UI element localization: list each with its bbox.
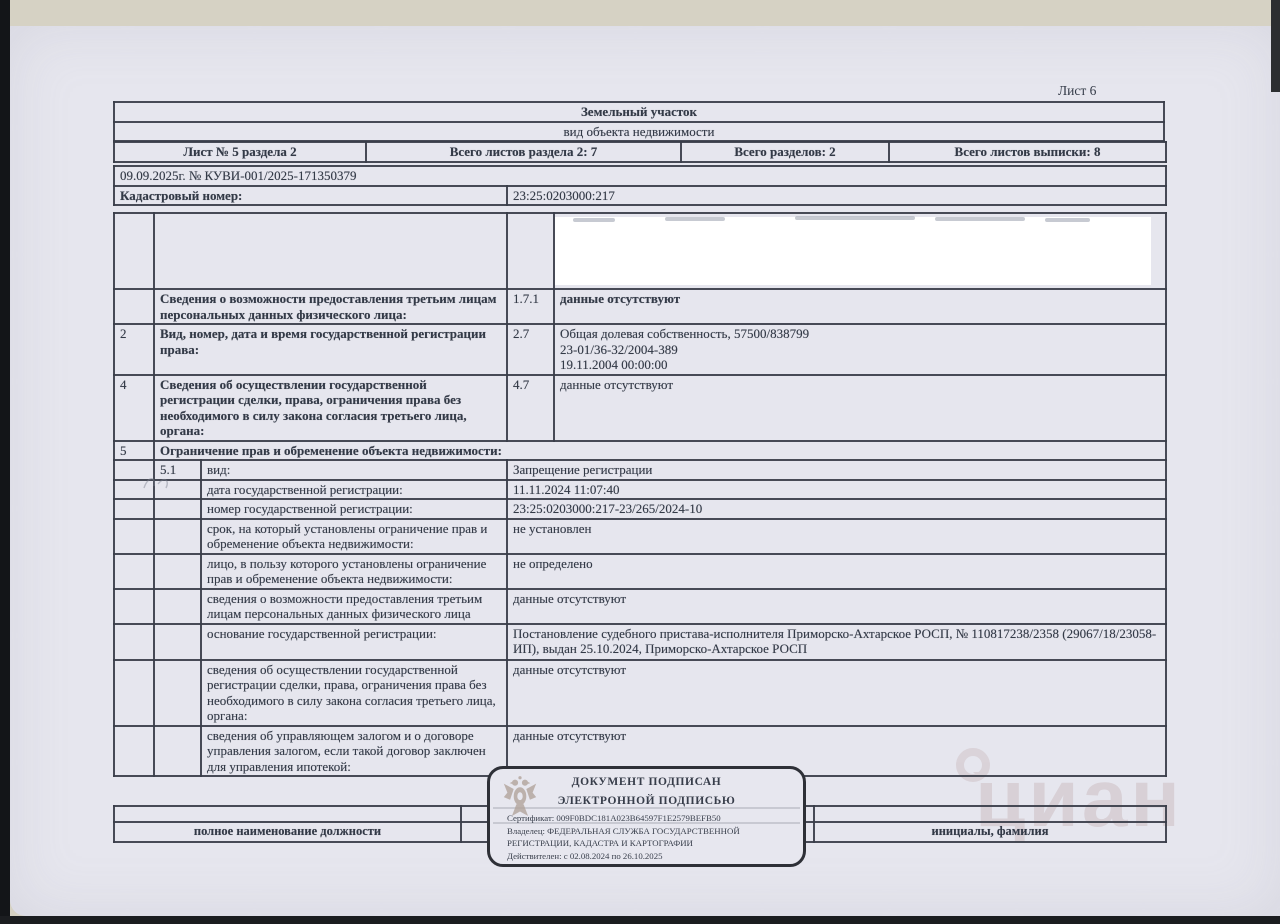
cell-label: основание государственной регистрации: — [201, 624, 507, 660]
cell-num: 5 — [114, 441, 154, 461]
cell-label: Вид, номер, дата и время государственной… — [154, 324, 507, 375]
cell-value: не определено — [507, 554, 1166, 589]
cadastral-number: 23:25:0203000:217 — [507, 186, 1166, 206]
cell-subnum — [154, 499, 201, 519]
table-row — [114, 213, 1166, 289]
meta-total-section-sheets: Всего листов раздела 2: 7 — [366, 142, 681, 162]
meta-total-sections: Всего разделов: 2 — [681, 142, 889, 162]
cell-num: 4 — [114, 375, 154, 441]
redacted-block — [555, 217, 1151, 285]
ghost-text — [1045, 218, 1090, 222]
cell-value: не установлен — [507, 519, 1166, 554]
table-row: основание государственной регистрации: П… — [114, 624, 1166, 660]
table-row: Сведения о возможности предоставления тр… — [114, 289, 1166, 324]
request-line: 09.09.2025г. № КУВИ-001/2025-171350379 — [114, 166, 1166, 186]
cell-value: 23:25:0203000:217-23/265/2024-10 — [507, 499, 1166, 519]
cell-subnum — [154, 519, 201, 554]
cell-label: сведения об управляющем залогом и о дого… — [201, 726, 507, 777]
table-row: номер государственной регистрации: 23:25… — [114, 499, 1166, 519]
stamp-owner-line1: Владелец: ФЕДЕРАЛЬНАЯ СЛУЖБА ГОСУДАРСТВЕ… — [507, 826, 797, 837]
table-row: 4 Сведения об осуществлении государствен… — [114, 375, 1166, 441]
cell-subnum — [154, 554, 201, 589]
cell-label: Сведения об осуществлении государственно… — [154, 375, 507, 441]
table-row: сведения об осуществлении государственно… — [114, 660, 1166, 726]
meta-sheet-of-section: Лист № 5 раздела 2 — [114, 142, 366, 162]
cell-num — [114, 499, 154, 519]
table-row: 5 Ограничение прав и обременение объекта… — [114, 441, 1166, 461]
cell-subnum — [154, 624, 201, 660]
pencil-scribble — [140, 468, 174, 498]
cell-label: Сведения о возможности предоставления тр… — [154, 289, 507, 324]
cell-label: лицо, в пользу которого установлены огра… — [201, 554, 507, 589]
cadastral-label: Кадастровый номер: — [114, 186, 507, 206]
cell-value — [554, 213, 1166, 289]
signature-space — [814, 806, 1166, 822]
request-table: 09.09.2025г. № КУВИ-001/2025-171350379 К… — [113, 165, 1167, 206]
cell-label: дата государственной регистрации: — [201, 480, 507, 500]
cell-value: Постановление судебного пристава-исполни… — [507, 624, 1166, 660]
signature-space — [114, 806, 461, 822]
cell-value: данные отсутствуют — [554, 375, 1166, 441]
ghost-text — [935, 217, 1025, 221]
cell-num — [114, 213, 154, 289]
name-label: инициалы, фамилия — [814, 822, 1166, 842]
main-table: Сведения о возможности предоставления тр… — [113, 212, 1167, 777]
stamp-owner-line2: РЕГИСТРАЦИИ, КАДАСТРА И КАРТОГРАФИИ — [507, 838, 797, 849]
table-row: лицо, в пользу которого установлены огра… — [114, 554, 1166, 589]
show-through-line — [493, 807, 800, 809]
sheet-meta-table: Лист № 5 раздела 2 Всего листов раздела … — [113, 141, 1167, 163]
cell-label: Ограничение прав и обременение объекта н… — [154, 441, 1166, 461]
table-row: сведения о возможности предоставления тр… — [114, 589, 1166, 624]
sheet-number: Лист 6 — [1058, 83, 1096, 99]
object-type-table: Земельный участок вид объекта недвижимос… — [113, 101, 1165, 142]
stamp-title-line1: ДОКУМЕНТ ПОДПИСАН — [490, 776, 803, 788]
cell-label: сведения об осуществлении государственно… — [201, 660, 507, 726]
cell-value: данные отсутствуют — [507, 589, 1166, 624]
table-row: 2 Вид, номер, дата и время государственн… — [114, 324, 1166, 375]
table-row: срок, на который установлены ограничение… — [114, 519, 1166, 554]
cell-code: 4.7 — [507, 375, 554, 441]
object-type-caption: вид объекта недвижимости — [114, 122, 1164, 142]
cell-num — [114, 554, 154, 589]
object-type: Земельный участок — [114, 102, 1164, 122]
digital-signature-stamp: ДОКУМЕНТ ПОДПИСАН ЭЛЕКТРОННОЙ ПОДПИСЬЮ С… — [487, 766, 806, 867]
cell-value: Общая долевая собственность, 57500/83879… — [554, 324, 1166, 375]
table-row: дата государственной регистрации: 11.11.… — [114, 480, 1166, 500]
meta-total-extract-sheets: Всего листов выписки: 8 — [889, 142, 1166, 162]
ghost-text — [795, 216, 915, 220]
ghost-text — [573, 218, 615, 222]
cell-label — [154, 213, 507, 289]
cell-subnum — [154, 589, 201, 624]
cell-code: 2.7 — [507, 324, 554, 375]
cell-value: Запрещение регистрации — [507, 460, 1166, 480]
cell-label: срок, на который установлены ограничение… — [201, 519, 507, 554]
cell-num — [114, 660, 154, 726]
cell-num — [114, 726, 154, 777]
cell-code — [507, 213, 554, 289]
cell-subnum — [154, 660, 201, 726]
table-row: 5.1 вид: Запрещение регистрации — [114, 460, 1166, 480]
cell-subnum — [154, 726, 201, 777]
cell-label: номер государственной регистрации: — [201, 499, 507, 519]
stamp-validity: Действителен: с 02.08.2024 по 26.10.2025 — [507, 851, 797, 862]
stamp-title-line2: ЭЛЕКТРОННОЙ ПОДПИСЬЮ — [490, 795, 803, 807]
cell-label: вид: — [201, 460, 507, 480]
cell-value: данные отсутствуют — [507, 660, 1166, 726]
stamp-certificate: Сертификат: 009F0BDC181A023B64597F1E2579… — [507, 813, 797, 824]
cell-code: 1.7.1 — [507, 289, 554, 324]
scanned-document: циан Лист 6 Земельный участок вид объект… — [0, 0, 1280, 924]
cell-num — [114, 624, 154, 660]
ghost-text — [665, 217, 725, 221]
cell-num — [114, 519, 154, 554]
cell-num: 2 — [114, 324, 154, 375]
cell-label: сведения о возможности предоставления тр… — [201, 589, 507, 624]
cell-num — [114, 589, 154, 624]
cell-value: данные отсутствуют — [554, 289, 1166, 324]
position-label: полное наименование должности — [114, 822, 461, 842]
cell-num — [114, 289, 154, 324]
cell-value: 11.11.2024 11:07:40 — [507, 480, 1166, 500]
